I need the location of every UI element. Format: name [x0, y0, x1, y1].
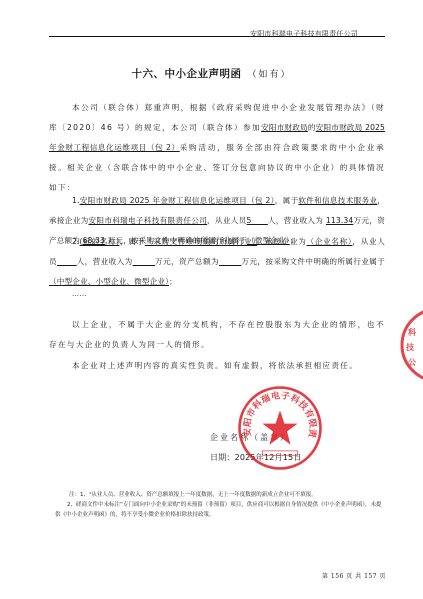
item-subject: 安阳市财政局 2025 年金财工程信息化运维项目（包 2） — [80, 196, 275, 205]
item-industry: 软件和信息技术服务业 — [298, 196, 377, 205]
item-label: ，属于 — [119, 237, 144, 246]
title-main: 十六、中小企业声明函 — [131, 68, 241, 80]
item-contractor: （企业名称） — [307, 237, 353, 246]
item-subject: (标的名称) — [80, 237, 120, 246]
page-number: 第 156 页 共 157 页 — [322, 571, 386, 580]
item-revenue-blank — [133, 257, 155, 266]
page-title: 十六、中小企业声明函（如有） — [0, 66, 423, 81]
svg-text:科: 科 — [407, 327, 417, 337]
footnote-1: 注：1、¹从业人员、营业收入、资产总额填报上一年度数据，无上一年度数据的新成立企… — [55, 490, 385, 500]
item-number: 1. — [72, 196, 80, 205]
partial-seal-icon: 科 技 公 — [398, 305, 423, 385]
item-label: 万元，资产总额为 — [155, 257, 219, 266]
item-label: ，承接企业为 — [257, 237, 307, 246]
header-rule — [49, 36, 385, 37]
buyer-name: 安阳市财政局 — [261, 123, 308, 132]
item-staff-blank — [57, 257, 77, 266]
item-end: ； — [169, 277, 177, 286]
svg-text:技: 技 — [405, 342, 414, 352]
footnote-2: 2、磋商文件中未标注“专门面向中小企业采购”的未预留（非预留）项目，供应商可以根… — [55, 500, 385, 520]
responsibility-paragraph: 本企业对上述声明内容的真实性负责。如有虚假，将依法承担相应责任。 — [49, 356, 385, 376]
item-label: ，属于 — [275, 196, 299, 205]
title-note: （如有） — [247, 70, 291, 80]
item-label: 人，营业收入为 — [268, 216, 323, 225]
item-industry: （采购文件中明确的所属行业） — [145, 237, 257, 246]
item-assets-blank — [219, 257, 241, 266]
ellipsis: …… — [72, 290, 87, 298]
item-contractor: 安阳市科瑞电子科技有限责任公司 — [89, 216, 208, 225]
staff-value: 5 — [247, 216, 252, 225]
svg-text:公: 公 — [407, 358, 417, 367]
item-label: 万元，按采购文件中明确的所属行业属于 — [241, 257, 385, 266]
item-size: （中型企业、小型企业、微型企业） — [49, 277, 169, 286]
declaration-paragraph: 本公司（联合体）郑重声明，根据《政府采购促进中小企业发展管理办法》（财库〔202… — [49, 98, 385, 198]
non-affiliation-paragraph: 以上企业，不属于大企业的分支机构，不存在控股股东为大企业的情形，也不存在与大企业… — [49, 315, 385, 355]
signature-name: 企业名称（盖章） — [210, 432, 290, 443]
signature-date: 日期：2025年12月15日 — [210, 452, 302, 463]
item-number: 2. — [72, 237, 80, 246]
item-staff: 5 — [247, 216, 268, 225]
item-revenue: 113.34 — [326, 216, 353, 225]
item-label: 人，营业收入为 — [77, 257, 133, 266]
item-label: ，从业人员 — [207, 216, 247, 225]
enterprise-item-2: 2.(标的名称)，属于（采购文件中明确的所属行业），承接企业为（企业名称），从业… — [49, 232, 385, 292]
footnotes: 注：1、¹从业人员、营业收入、资产总额填报上一年度数据，无上一年度数据的新成立企… — [55, 490, 385, 520]
header-company: 安阳市科瑞电子科技有限责任公司 — [250, 29, 358, 39]
declaration-text: 的 — [308, 123, 316, 132]
